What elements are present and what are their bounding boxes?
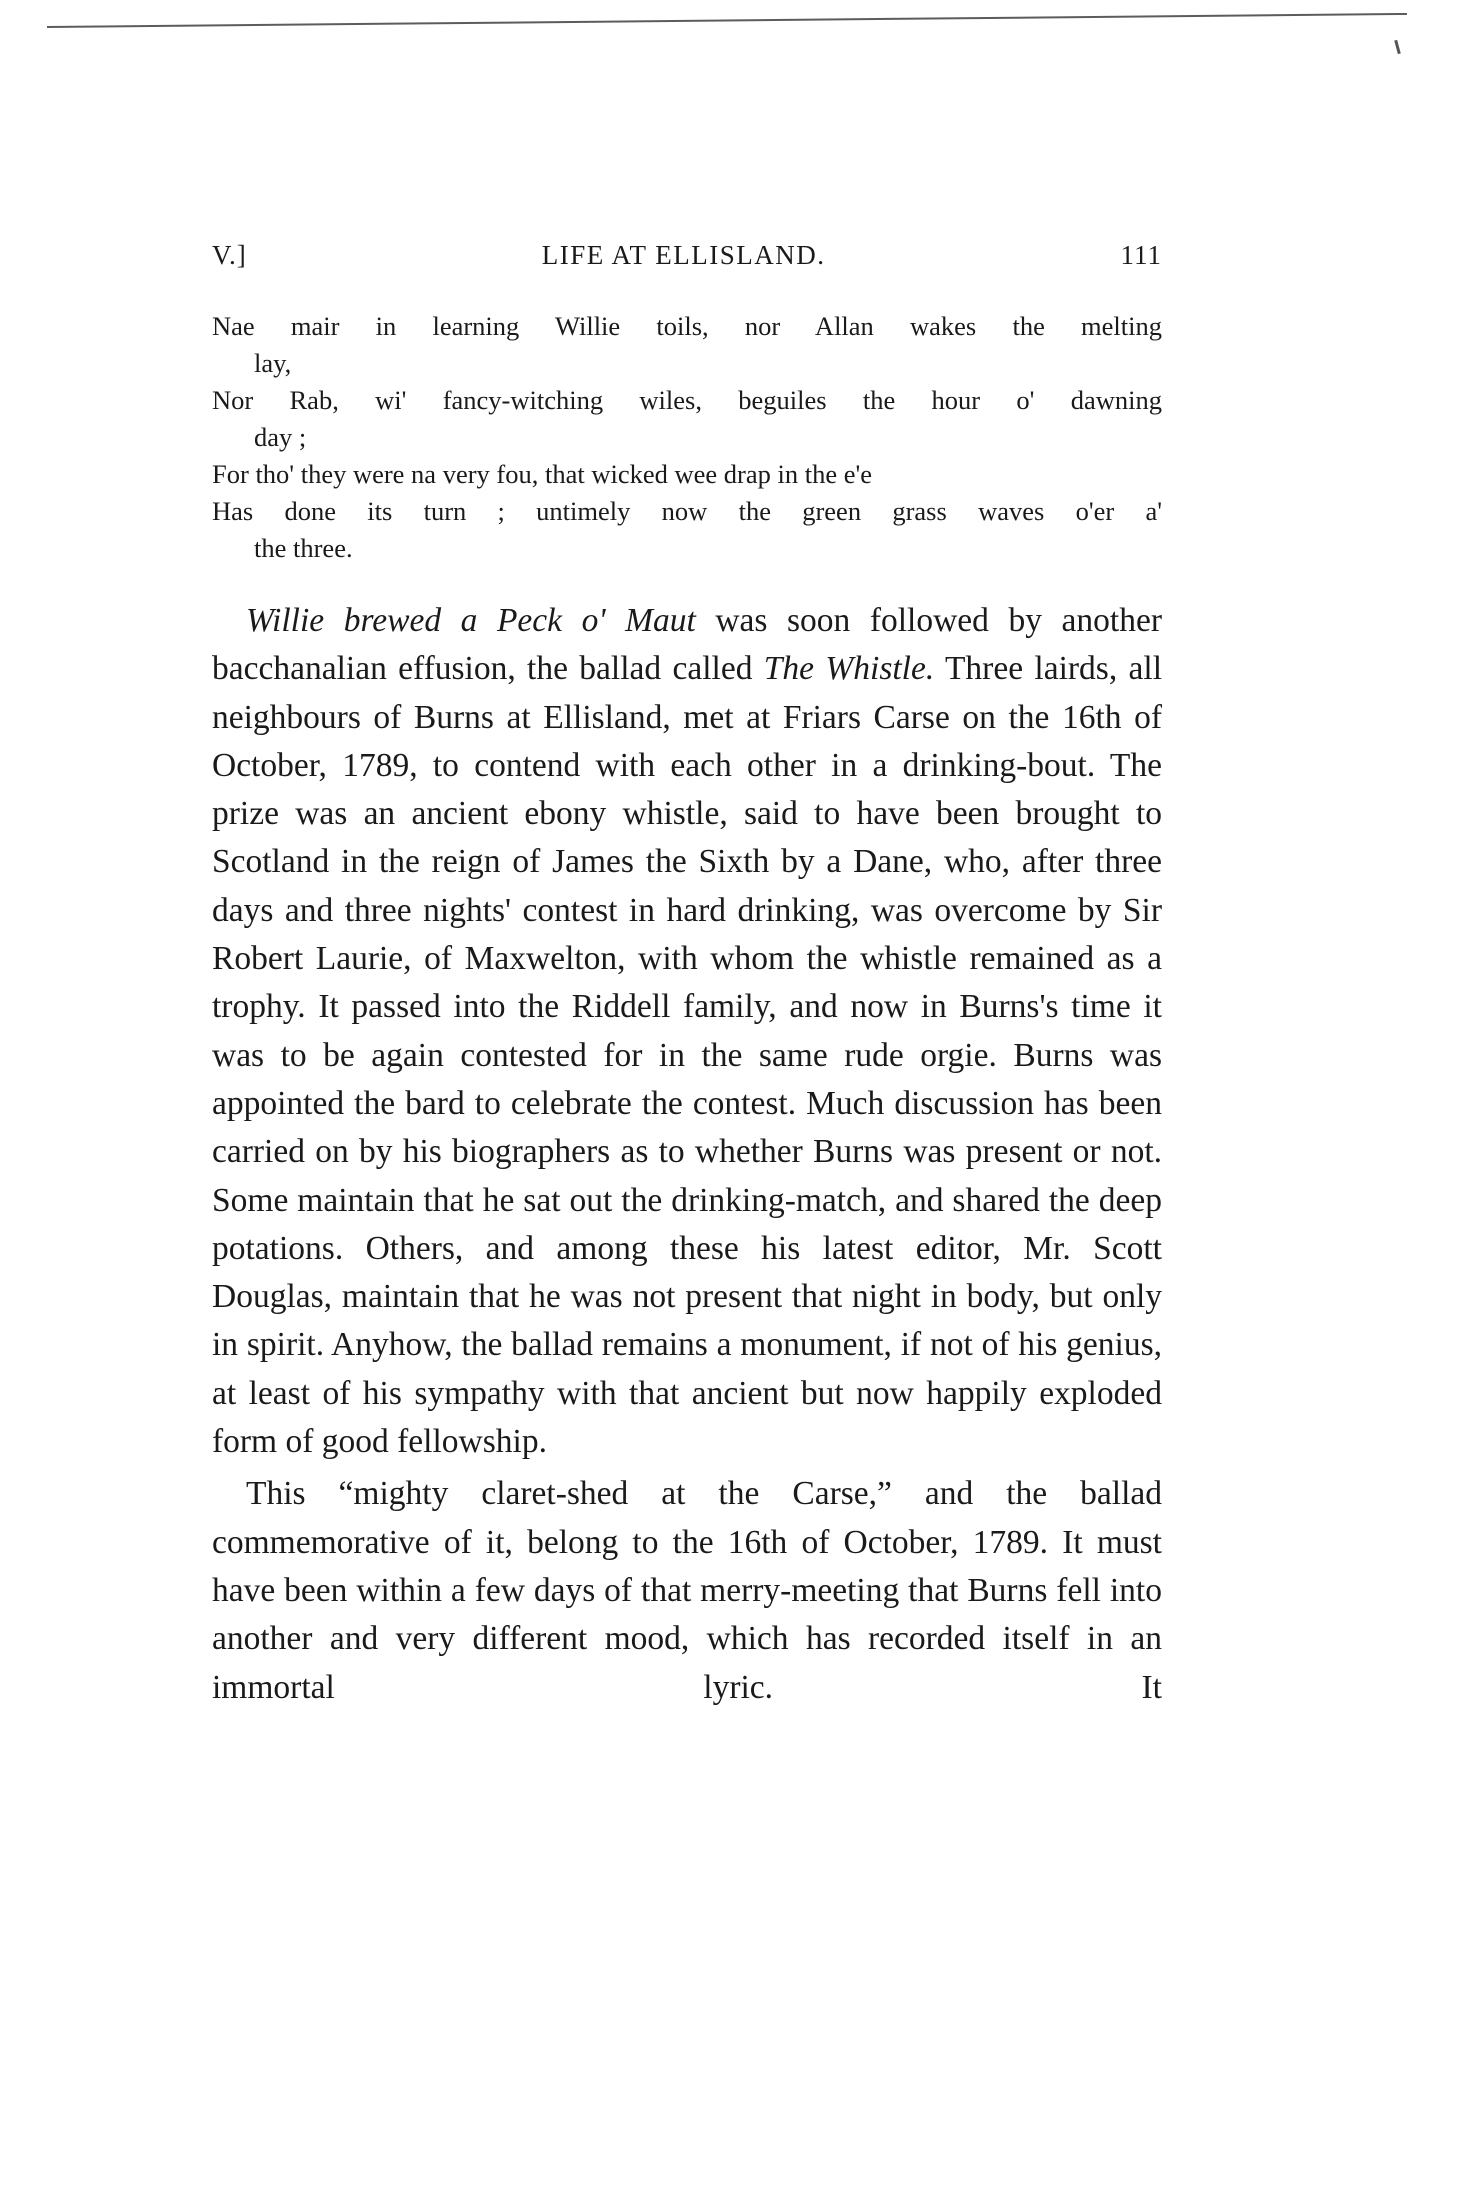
italic-title-willie-brewed: Willie brewed a Peck o' Maut [246, 602, 696, 639]
verse-line: Nae mair in learning Willie toils, nor A… [212, 308, 1162, 345]
scan-speck [1394, 40, 1401, 54]
paragraph-text: Three lairds, all neighbours of Burns at… [212, 650, 1162, 1460]
page-number: 111 [1120, 240, 1162, 271]
verse-line: For tho' they were na very fou, that wic… [212, 456, 1162, 493]
paragraph-2: This “mighty claret-shed at the Carse,” … [212, 1470, 1162, 1711]
verse-line: Nor Rab, wi' fancy-witching wiles, begui… [212, 382, 1162, 419]
verse-line: Has done its turn ; untimely now the gre… [212, 493, 1162, 530]
running-header: V.] LIFE AT ELLISLAND. 111 [212, 240, 1162, 280]
book-page: V.] LIFE AT ELLISLAND. 111 Nae mair in l… [212, 240, 1162, 1712]
verse-line-continuation: the three. [212, 530, 1162, 567]
verse-block: Nae mair in learning Willie toils, nor A… [212, 308, 1162, 567]
italic-title-the-whistle: The Whistle. [764, 650, 934, 687]
scan-edge-line [47, 13, 1407, 28]
verse-line-continuation: lay, [212, 345, 1162, 382]
paragraph-1: Willie brewed a Peck o' Maut was soon fo… [212, 597, 1162, 1466]
chapter-marker: V.] [212, 240, 247, 271]
prose-body: Willie brewed a Peck o' Maut was soon fo… [212, 597, 1162, 1712]
running-title: LIFE AT ELLISLAND. [542, 240, 826, 271]
verse-line-continuation: day ; [212, 419, 1162, 456]
